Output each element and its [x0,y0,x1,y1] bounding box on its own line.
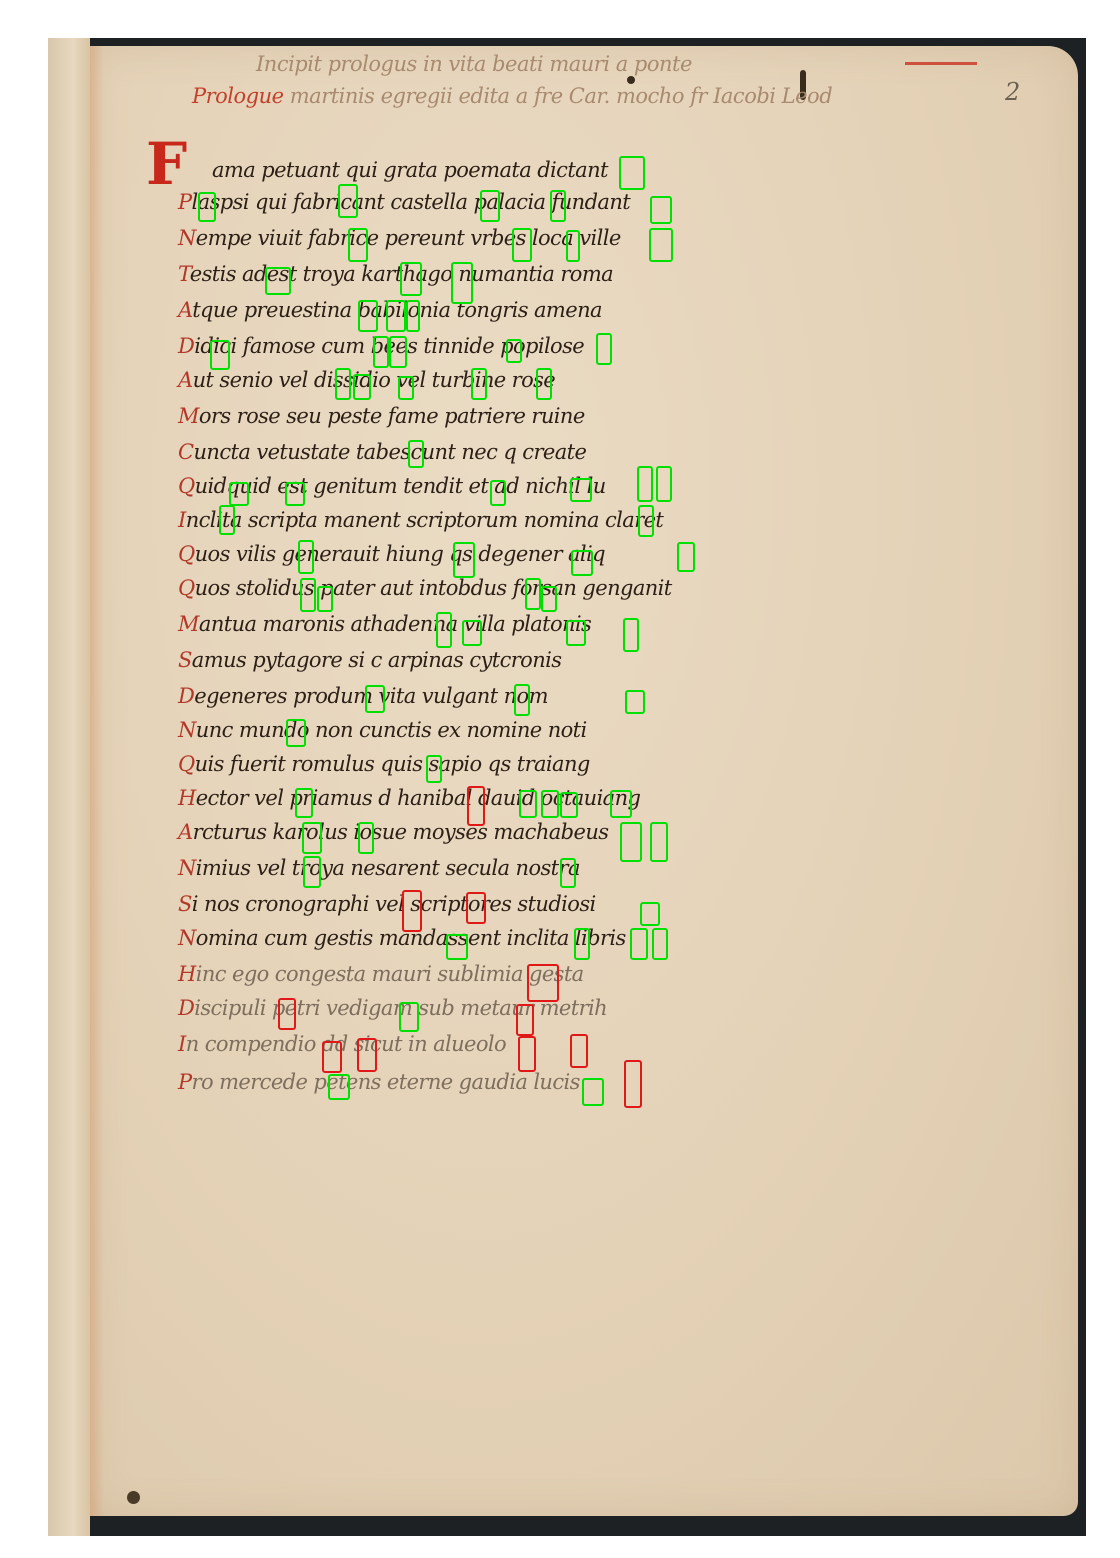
detection-box-correct [300,578,316,612]
detection-box-correct [541,586,557,612]
rubricated-capital: H [178,962,196,986]
rubricated-capital: N [178,856,196,880]
detection-box-correct [571,550,593,576]
detection-box-correct [302,822,322,854]
detection-box-correct [596,333,612,365]
detection-box-correct [335,368,351,400]
detection-box-incorrect [570,1034,588,1068]
verse-line: Nunc mundo non cunctis ex nomine noti [178,718,587,742]
detection-box-correct [386,300,406,332]
verse-line: Testis adest troya karthago numantia rom… [178,262,613,286]
detection-box-correct [574,928,590,960]
rubricated-capital: P [178,1070,192,1094]
detection-box-correct [408,440,424,468]
detection-box-correct [285,482,305,506]
rubricated-capital: H [178,786,196,810]
facing-page-edge [48,38,90,1536]
verse-text: empe viuit fabrice pereunt vrbes loca vi… [196,226,621,250]
detection-box-correct [426,755,442,783]
verse-text: uncta vetustate tabescunt nec q create [193,440,586,464]
detection-box-incorrect [516,1004,534,1036]
verse-text: rcturus karolus iosue moyses machabeus [193,820,609,844]
rubricated-capital: I [178,508,186,532]
rubricated-capital: T [178,262,190,286]
rubricated-capital: D [178,334,194,358]
detection-box-correct [506,339,522,363]
verse-text: unc mundo non cunctis ex nomine noti [196,718,587,742]
rubricated-capital: M [178,612,199,636]
rubricated-capital: A [178,368,193,392]
detection-box-correct [560,792,578,818]
rubricated-capital: A [178,298,192,322]
detection-box-correct [490,480,506,506]
detection-box-correct [630,928,648,960]
verse-line: In compendio dd sicut in alueolo [178,1032,506,1056]
detection-box-correct [514,684,530,716]
detection-box-correct [637,466,653,502]
verse-text: nclita scripta manent scriptorum nomina … [186,508,664,532]
detection-box-correct [638,505,654,537]
verse-line: ama petuant qui grata poemata dictant [212,158,608,182]
verse-text: ut senio vel dissidio vel turbine rose [193,368,556,392]
detection-box-correct [436,612,452,648]
rubric-heading-text: martinis egregii edita a fre Car. mocho … [290,84,832,108]
rubric-heading-line-1: Incipit prologus in vita beati mauri a p… [256,52,692,76]
rubricated-capital: M [178,404,199,428]
verse-text: ama petuant qui grata poemata dictant [212,158,608,182]
verse-line: Nempe viuit fabrice pereunt vrbes loca v… [178,226,621,250]
detection-box-incorrect [278,998,296,1030]
folio-number: 2 [1005,78,1020,106]
verse-text: uos stolidus pater aut intobdus forsan g… [195,576,672,600]
detection-box-correct [265,267,291,295]
detection-box-correct [389,336,407,368]
detection-box-correct [373,336,389,368]
verse-line: Quos vilis generauit hiung qs degener al… [178,542,605,566]
rubricated-capital: I [178,1032,186,1056]
verse-line: Inclita scripta manent scriptorum nomina… [178,508,663,532]
verse-line: Nimius vel troya nesarent secula nostra [178,856,580,880]
gutter-shadow [90,46,104,1516]
verse-text: ro mercede petens eterne gaudia lucis [192,1070,580,1094]
rubricated-capital: D [178,996,194,1020]
manuscript-viewer: 2 Incipit prologus in vita beati mauri a… [0,0,1120,1558]
verse-text: ors rose seu peste fame patriere ruine [199,404,585,428]
binding-hole [127,1491,140,1504]
verse-text: n compendio dd sicut in alueolo [186,1032,506,1056]
ink-spot [627,76,635,84]
verse-line: Pro mercede petens eterne gaudia lucis [178,1070,580,1094]
verse-line: Quis fuerit romulus quis sapio qs traian… [178,752,590,776]
verse-text: amus pytagore si c arpinas cytcronis [192,648,562,672]
rubricated-capital: N [178,226,196,250]
detection-box-correct [519,790,537,818]
verse-line: Samus pytagore si c arpinas cytcronis [178,648,561,672]
verse-line: Arcturus karolus iosue moyses machabeus [178,820,608,844]
detection-box-incorrect [466,892,486,924]
verse-text: uis fuerit romulus quis sapio qs traiang [195,752,590,776]
detection-box-correct [649,228,673,262]
detection-box-correct [550,190,566,222]
detection-box-correct [317,586,333,612]
detection-box-correct [399,1002,419,1032]
rubricated-capital: S [178,648,192,672]
rubricated-capital: N [178,718,196,742]
detection-box-correct [295,788,313,818]
detection-box-correct [525,578,541,610]
detection-box-correct [303,856,321,888]
detection-box-correct [620,822,642,862]
detection-box-correct [656,466,672,502]
detection-box-correct [582,1078,604,1106]
verse-text: i nos cronographi vel scriptores studios… [192,892,596,916]
rubric-prologue-label: Prologue [192,84,284,108]
detection-box-correct [512,228,532,262]
detection-box-correct [348,228,368,262]
rubricated-capital: N [178,926,196,950]
detection-box-correct [398,376,414,400]
verse-text: antua maronis athadenna villa platonis [199,612,591,636]
verse-text: inc ego congesta mauri sublimia gesta [196,962,584,986]
rubricated-capital: Q [178,542,195,566]
detection-box-correct [650,822,668,862]
detection-box-correct [328,1074,350,1100]
rubricated-capital: Q [178,576,195,600]
detection-box-correct [471,368,487,400]
detection-box-incorrect [402,890,422,932]
verse-line: Cuncta vetustate tabescunt nec q create [178,440,586,464]
rubric-heading-line-2: Prologue martinis egregii edita a fre Ca… [192,84,832,108]
detection-box-correct [652,928,668,960]
verse-line: Mantua maronis athadenna villa platonis [178,612,591,636]
illuminated-initial: F [146,138,206,190]
verse-text: uidquid est genitum tendit et ad nichil … [195,474,606,498]
detection-box-correct [560,858,576,888]
detection-box-correct [338,184,358,218]
detection-box-correct [219,505,235,535]
detection-box-correct [400,262,422,296]
detection-box-correct [365,685,385,713]
rubricated-capital: Q [178,474,195,498]
verse-line: Quos stolidus pater aut intobdus forsan … [178,576,672,600]
detection-box-correct [453,542,475,578]
detection-box-correct [446,934,468,960]
detection-box-correct [353,374,371,400]
detection-box-incorrect [467,786,485,826]
detection-box-correct [451,262,473,304]
verse-text: imius vel troya nesarent secula nostra [196,856,580,880]
detection-box-correct [462,620,482,646]
detection-box-incorrect [518,1036,536,1072]
detection-box-correct [610,790,632,818]
rubricated-capital: Q [178,752,195,776]
detection-box-correct [480,190,500,222]
detection-box-correct [298,540,314,574]
detection-box-correct [358,300,378,332]
detection-box-correct [640,902,660,926]
detection-box-incorrect [357,1038,377,1072]
detection-box-correct [625,690,645,714]
rubricated-capital: A [178,820,193,844]
detection-box-correct [229,482,249,506]
detection-box-correct [541,790,559,818]
detection-box-incorrect [322,1041,342,1073]
verse-line: Hinc ego congesta mauri sublimia gesta [178,962,584,986]
rubricated-capital: S [178,892,192,916]
detection-box-incorrect [527,964,559,1002]
detection-box-correct [619,156,645,190]
detection-box-correct [570,478,592,502]
detection-box-correct [536,368,552,400]
detection-box-correct [198,192,216,222]
detection-box-correct [358,822,374,854]
detection-box-correct [677,542,695,572]
detection-box-incorrect [624,1060,642,1108]
detection-box-correct [566,620,586,646]
detection-box-correct [650,196,672,224]
verse-line: Mors rose seu peste fame patriere ruine [178,404,585,428]
rubric-rule [905,62,977,65]
verse-text: uos vilis generauit hiung qs degener ali… [195,542,605,566]
rubricated-capital: P [178,190,192,214]
verse-line: Si nos cronographi vel scriptores studio… [178,892,596,916]
rubricated-capital: C [178,440,193,464]
detection-box-correct [210,340,230,370]
detection-box-correct [406,300,420,332]
detection-box-correct [623,618,639,652]
rubricated-capital: D [178,684,194,708]
detection-box-correct [566,230,580,262]
detection-box-correct [286,719,306,747]
verse-line: Degeneres produm vita vulgant nom [178,684,548,708]
